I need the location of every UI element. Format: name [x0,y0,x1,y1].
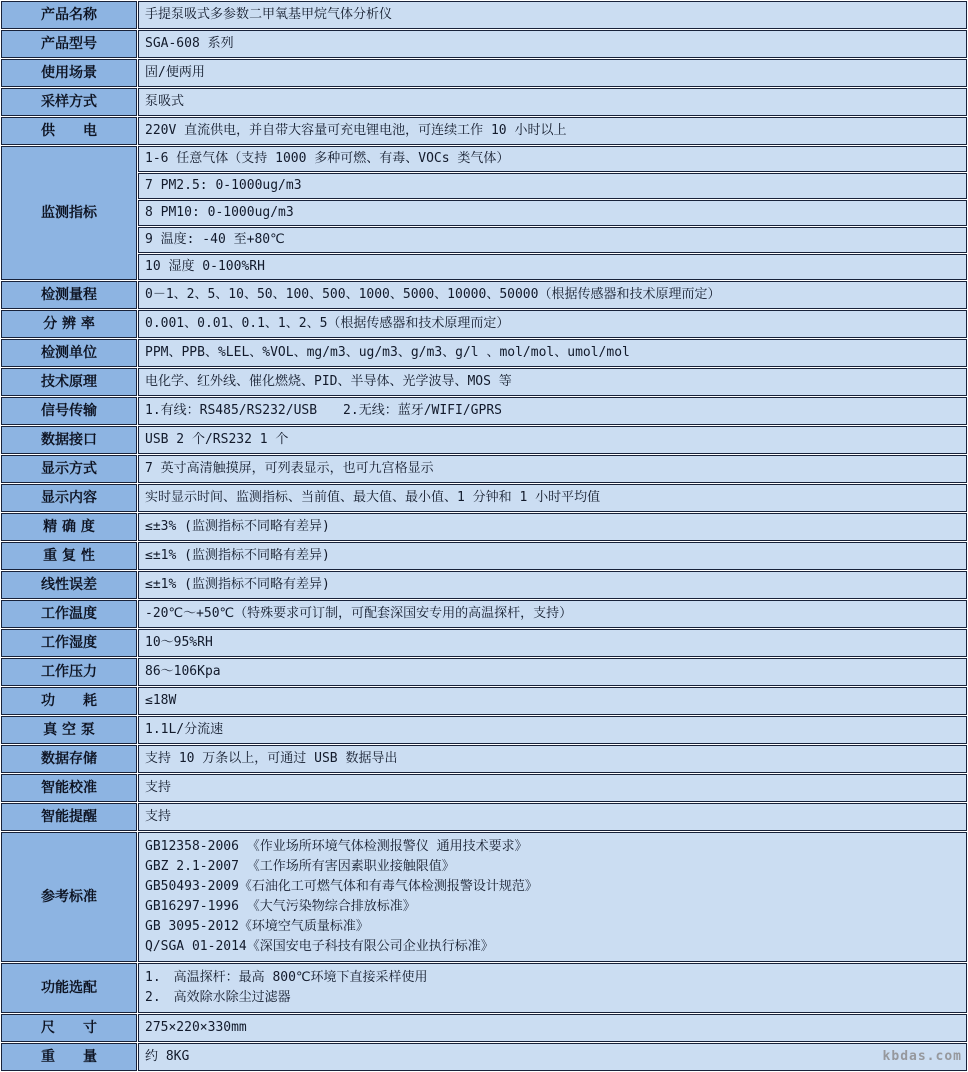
row-label: 智能提醒 [1,803,137,831]
row-label: 重 量 [1,1043,137,1071]
table-row: 工作压力86～106Kpa [1,658,967,686]
row-label: 信号传输 [1,397,137,425]
table-row: 产品名称手提泵吸式多参数二甲氧基甲烷气体分析仪 [1,1,967,29]
row-label: 技术原理 [1,368,137,396]
row-label: 采样方式 [1,88,137,116]
table-row: 真 空 泵1.1L/分流速 [1,716,967,744]
value-line: GBZ 2.1-2007 《工作场所有害因素职业接触限值》 [145,857,960,877]
row-value: 86～106Kpa [138,658,967,686]
row-value: 实时显示时间、监测指标、当前值、最大值、最小值、1 分钟和 1 小时平均值 [138,484,967,512]
table-row: 10 湿度 0-100%RH [1,254,967,280]
value-line: GB 3095-2012《环境空气质量标准》 [145,917,960,937]
row-value: 固/便两用 [138,59,967,87]
table-row: 采样方式泵吸式 [1,88,967,116]
row-value: 支持 [138,774,967,802]
table-row: 7 PM2.5: 0-1000ug/m3 [1,173,967,199]
table-row: 智能提醒支持 [1,803,967,831]
table-row: 工作湿度10～95%RH [1,629,967,657]
table-row: 工作温度-20℃～+50℃（特殊要求可订制，可配套深国安专用的高温探杆，支持） [1,600,967,628]
row-value: USB 2 个/RS232 1 个 [138,426,967,454]
row-value: 1.有线：RS485/RS232/USB 2.无线：蓝牙/WIFI/GPRS [138,397,967,425]
value-line: Q/SGA 01-2014《深国安电子科技有限公司企业执行标准》 [145,937,960,957]
row-value: ≤±1% (监测指标不同略有差异) [138,571,967,599]
row-value: GB12358-2006 《作业场所环境气体检测报警仪 通用技术要求》GBZ 2… [138,832,967,962]
table-row: 参考标准GB12358-2006 《作业场所环境气体检测报警仪 通用技术要求》G… [1,832,967,962]
row-label: 检测量程 [1,281,137,309]
row-value: 10～95%RH [138,629,967,657]
table-row: 功 耗≤18W [1,687,967,715]
watermark: kbdas.com [883,1049,962,1064]
row-label: 产品名称 [1,1,137,29]
row-label: 重 复 性 [1,542,137,570]
row-value: 泵吸式 [138,88,967,116]
row-value: 支持 [138,803,967,831]
row-value: PPM、PPB、%LEL、%VOL、mg/m3、ug/m3、g/m3、g/l 、… [138,339,967,367]
row-label: 显示内容 [1,484,137,512]
row-value: 7 PM2.5: 0-1000ug/m3 [138,173,967,199]
table-row: 供 电220V 直流供电，并自带大容量可充电锂电池，可连续工作 10 小时以上 [1,117,967,145]
table-row: 分 辨 率0.001、0.01、0.1、1、2、5（根据传感器和技术原理而定） [1,310,967,338]
row-label: 线性误差 [1,571,137,599]
table-row: 监测指标1-6 任意气体（支持 1000 多种可燃、有毒、VOCs 类气体） [1,146,967,172]
table-row: 技术原理电化学、红外线、催化燃烧、PID、半导体、光学波导、MOS 等 [1,368,967,396]
row-value: 1-6 任意气体（支持 1000 多种可燃、有毒、VOCs 类气体） [138,146,967,172]
spec-sheet-page: { "colors": { "label_bg": "#8DB4E2", "va… [0,0,968,1072]
row-label: 显示方式 [1,455,137,483]
row-value: 275×220×330mm [138,1014,967,1042]
value-line: 2. 高效除水除尘过滤器 [145,988,960,1008]
value-line: GB12358-2006 《作业场所环境气体检测报警仪 通用技术要求》 [145,837,960,857]
value-line: GB50493-2009《石油化工可燃气体和有毒气体检测报警设计规范》 [145,877,960,897]
row-value: 手提泵吸式多参数二甲氧基甲烷气体分析仪 [138,1,967,29]
table-row: 功能选配1. 高温探杆：最高 800℃环境下直接采样使用2. 高效除水除尘过滤器 [1,963,967,1013]
row-value: 8 PM10: 0-1000ug/m3 [138,200,967,226]
row-value: ≤18W [138,687,967,715]
row-label: 精 确 度 [1,513,137,541]
product-spec-table: 产品名称手提泵吸式多参数二甲氧基甲烷气体分析仪产品型号SGA-608 系列使用场… [0,0,968,1072]
row-value: 0.001、0.01、0.1、1、2、5（根据传感器和技术原理而定） [138,310,967,338]
table-row: 检测单位PPM、PPB、%LEL、%VOL、mg/m3、ug/m3、g/m3、g… [1,339,967,367]
row-label: 工作压力 [1,658,137,686]
row-value: 7 英寸高清触摸屏，可列表显示，也可九宫格显示 [138,455,967,483]
table-row: 产品型号SGA-608 系列 [1,30,967,58]
row-value: 10 湿度 0-100%RH [138,254,967,280]
row-value: ≤±3% (监测指标不同略有差异) [138,513,967,541]
table-row: 数据接口USB 2 个/RS232 1 个 [1,426,967,454]
row-label: 监测指标 [1,146,137,280]
row-label: 使用场景 [1,59,137,87]
row-value: -20℃～+50℃（特殊要求可订制，可配套深国安专用的高温探杆，支持） [138,600,967,628]
row-label: 产品型号 [1,30,137,58]
row-value: 220V 直流供电，并自带大容量可充电锂电池，可连续工作 10 小时以上 [138,117,967,145]
table-row: 重 量约 8KG [1,1043,967,1071]
row-label: 工作湿度 [1,629,137,657]
table-row: 使用场景固/便两用 [1,59,967,87]
row-value: 电化学、红外线、催化燃烧、PID、半导体、光学波导、MOS 等 [138,368,967,396]
row-label: 功 耗 [1,687,137,715]
table-row: 检测量程0－1、2、5、10、50、100、500、1000、5000、1000… [1,281,967,309]
row-value: 支持 10 万条以上，可通过 USB 数据导出 [138,745,967,773]
table-row: 9 温度: -40 至+80℃ [1,227,967,253]
table-row: 线性误差≤±1% (监测指标不同略有差异) [1,571,967,599]
table-row: 尺 寸275×220×330mm [1,1014,967,1042]
row-label: 数据存储 [1,745,137,773]
row-label: 工作温度 [1,600,137,628]
row-value: SGA-608 系列 [138,30,967,58]
row-label: 分 辨 率 [1,310,137,338]
row-label: 真 空 泵 [1,716,137,744]
row-label: 检测单位 [1,339,137,367]
table-row: 智能校准支持 [1,774,967,802]
row-value: 1.1L/分流速 [138,716,967,744]
row-value: ≤±1% (监测指标不同略有差异) [138,542,967,570]
row-label: 参考标准 [1,832,137,962]
table-row: 数据存储支持 10 万条以上，可通过 USB 数据导出 [1,745,967,773]
row-label: 尺 寸 [1,1014,137,1042]
table-row: 精 确 度≤±3% (监测指标不同略有差异) [1,513,967,541]
row-value: 1. 高温探杆：最高 800℃环境下直接采样使用2. 高效除水除尘过滤器 [138,963,967,1013]
row-label: 智能校准 [1,774,137,802]
row-label: 功能选配 [1,963,137,1013]
row-label: 供 电 [1,117,137,145]
table-row: 8 PM10: 0-1000ug/m3 [1,200,967,226]
table-row: 显示内容实时显示时间、监测指标、当前值、最大值、最小值、1 分钟和 1 小时平均… [1,484,967,512]
row-label: 数据接口 [1,426,137,454]
row-value: 0－1、2、5、10、50、100、500、1000、5000、10000、50… [138,281,967,309]
spec-table-body: 产品名称手提泵吸式多参数二甲氧基甲烷气体分析仪产品型号SGA-608 系列使用场… [1,1,967,1071]
table-row: 重 复 性≤±1% (监测指标不同略有差异) [1,542,967,570]
value-line: 1. 高温探杆：最高 800℃环境下直接采样使用 [145,968,960,988]
value-line: GB16297-1996 《大气污染物综合排放标准》 [145,897,960,917]
table-row: 显示方式7 英寸高清触摸屏，可列表显示，也可九宫格显示 [1,455,967,483]
row-value: 9 温度: -40 至+80℃ [138,227,967,253]
table-row: 信号传输1.有线：RS485/RS232/USB 2.无线：蓝牙/WIFI/GP… [1,397,967,425]
row-value: 约 8KG [138,1043,967,1071]
